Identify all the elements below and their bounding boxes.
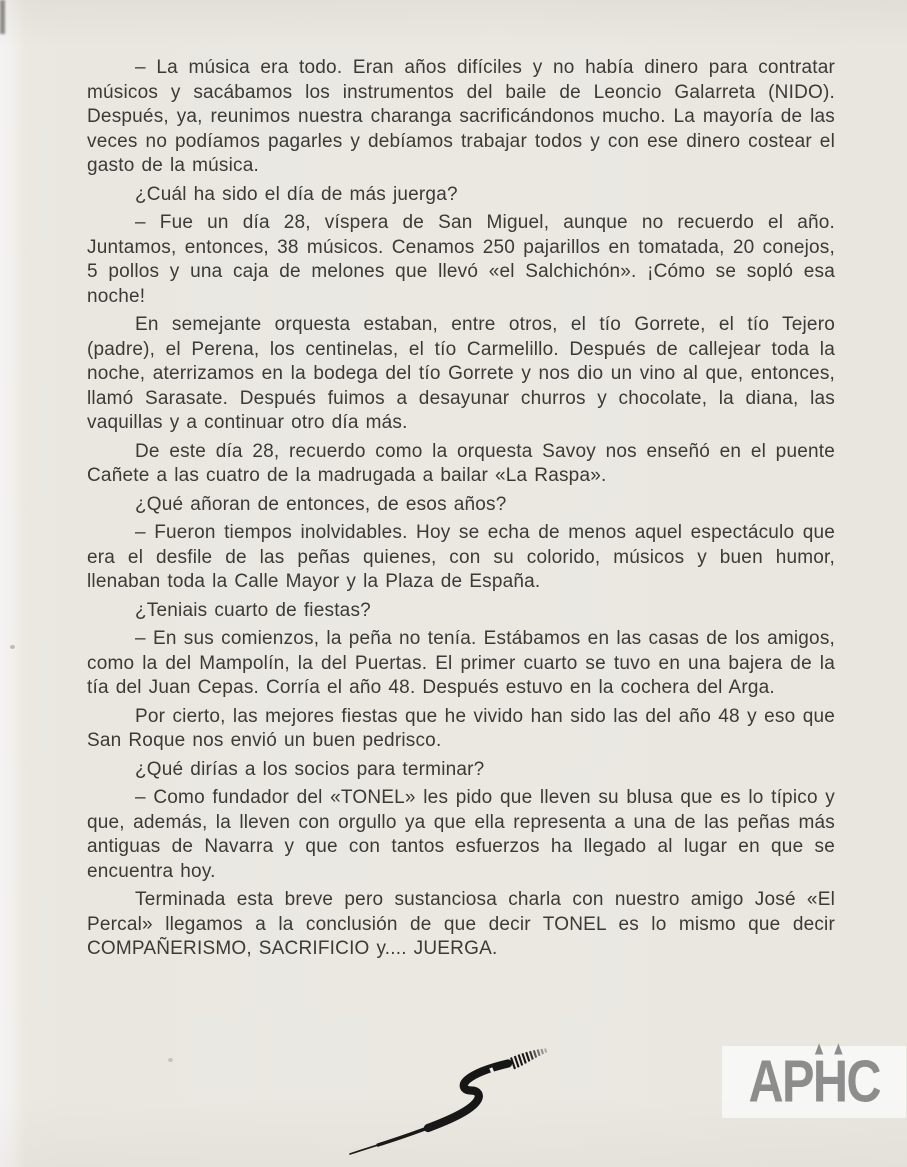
answer-paragraph: – En sus comienzos, la peña no tenía. Es… bbox=[87, 627, 835, 701]
interview-text-block: – La música era todo. Eran años difícile… bbox=[87, 56, 835, 966]
answer-paragraph: De este día 28, recuerdo como la orquest… bbox=[87, 440, 835, 489]
answer-paragraph: En semejante orquesta estaban, entre otr… bbox=[87, 313, 835, 436]
question-paragraph: ¿Cuál ha sido el día de más juerga? bbox=[87, 183, 835, 208]
calligraphic-flourish-icon bbox=[340, 1045, 610, 1160]
watermark-letter: P bbox=[782, 1052, 813, 1111]
watermark-letter: C bbox=[846, 1052, 880, 1111]
scan-speck bbox=[10, 645, 15, 649]
question-paragraph: ¿Qué dirías a los socios para terminar? bbox=[87, 758, 835, 783]
aphc-watermark: APHC bbox=[722, 1046, 906, 1118]
answer-paragraph: – Fue un día 28, víspera de San Miguel, … bbox=[87, 211, 835, 309]
question-paragraph: ¿Teniais cuarto de fiestas? bbox=[87, 599, 835, 624]
answer-paragraph: – La música era todo. Eran años difícile… bbox=[87, 56, 835, 179]
scan-corner-mark bbox=[0, 0, 5, 34]
answer-paragraph: Por cierto, las mejores fiestas que he v… bbox=[87, 705, 835, 754]
question-paragraph: ¿Qué añoran de entonces, de esos años? bbox=[87, 493, 835, 518]
answer-paragraph: – Como fundador del «TONEL» les pido que… bbox=[87, 786, 835, 884]
aphc-watermark-text: APHC bbox=[748, 1053, 879, 1111]
answer-paragraph: Terminada esta breve pero sustanciosa ch… bbox=[87, 888, 835, 962]
scan-speck bbox=[168, 1058, 173, 1062]
answer-paragraph: – Fueron tiempos inolvidables. Hoy se ec… bbox=[87, 521, 835, 595]
scanned-document-page: – La música era todo. Eran años difícile… bbox=[0, 0, 907, 1167]
watermark-letter: A bbox=[748, 1052, 782, 1111]
watermark-letter: H bbox=[813, 1052, 847, 1111]
